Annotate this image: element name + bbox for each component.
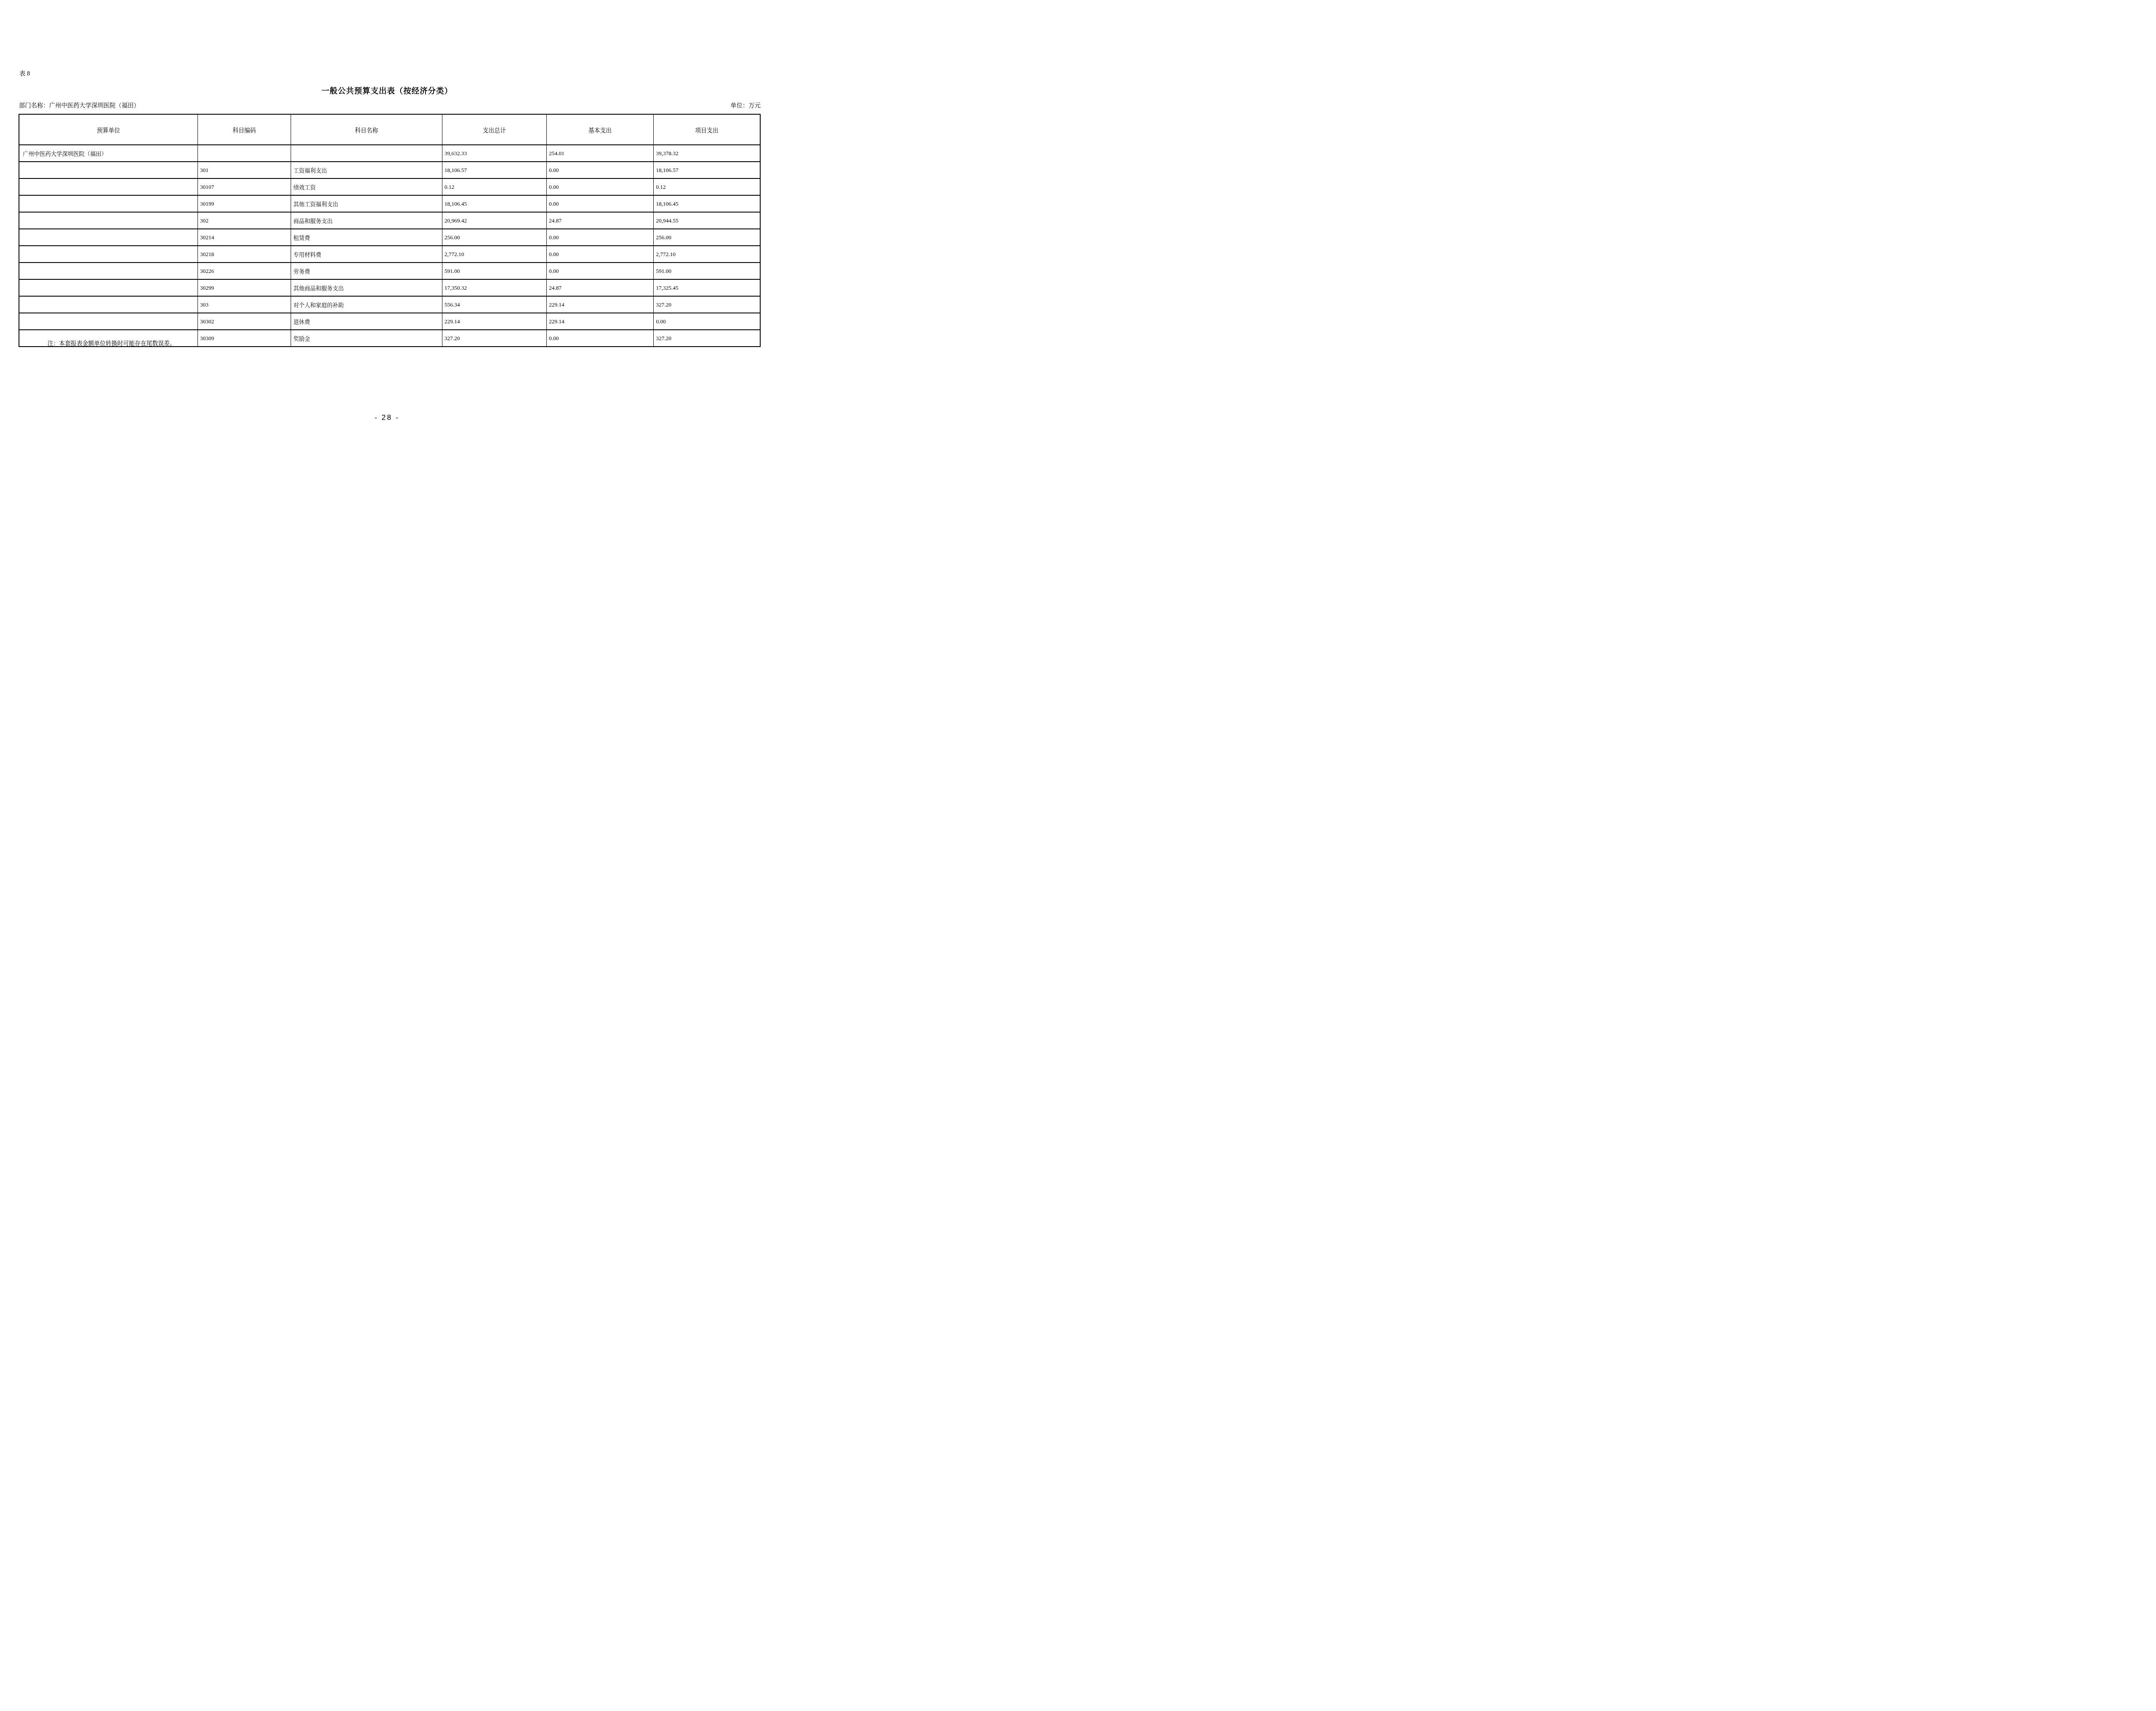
header-row: 预算单位 科目编码 科目名称 支出总计 基本支出 项目支出: [19, 114, 760, 145]
table-row: 30199其他工资福利支出18,106.450.0018,106.45: [19, 195, 760, 212]
table-cell: 229.14: [546, 296, 653, 313]
table-cell: 18,106.45: [654, 195, 760, 212]
table-cell: 绩效工资: [291, 178, 442, 195]
table-cell: 30214: [197, 229, 291, 246]
header-cell-total-expenditure: 支出总计: [442, 114, 546, 145]
table-cell: 301: [197, 162, 291, 178]
table-cell: 303: [197, 296, 291, 313]
table-cell: 0.00: [546, 178, 653, 195]
table-cell: [291, 145, 442, 162]
table-cell: 302: [197, 212, 291, 229]
table-cell: 对个人和家庭的补助: [291, 296, 442, 313]
department-name: 部门名称：广州中医药大学深圳医院（福田）: [19, 101, 140, 109]
table-row: 301工资福利支出18,106.570.0018,106.57: [19, 162, 760, 178]
table-cell: 20,944.55: [654, 212, 760, 229]
table-cell: 工资福利支出: [291, 162, 442, 178]
table-cell: 18,106.57: [442, 162, 546, 178]
table-cell: [19, 246, 197, 263]
table-cell: 广州中医药大学深圳医院（福田）: [19, 145, 197, 162]
table-cell: 奖励金: [291, 330, 442, 347]
table-cell: [197, 145, 291, 162]
table-cell: 591.00: [654, 263, 760, 279]
table-cell: [19, 178, 197, 195]
header-cell-basic-expenditure: 基本支出: [546, 114, 653, 145]
table-cell: 专用材料费: [291, 246, 442, 263]
table-cell: 556.34: [442, 296, 546, 313]
table-cell: 0.00: [546, 195, 653, 212]
table-cell: 2,772.10: [442, 246, 546, 263]
header-cell-subject-name: 科目名称: [291, 114, 442, 145]
document-page: 表 8 一般公共预算支出表（按经济分类） 部门名称：广州中医药大学深圳医院（福田…: [0, 0, 774, 428]
table-cell: [19, 162, 197, 178]
table-cell: 17,350.32: [442, 279, 546, 296]
table-row: 30107绩效工资0.120.000.12: [19, 178, 760, 195]
table-cell: 退休费: [291, 313, 442, 330]
table-cell: [19, 212, 197, 229]
page-number: - 28 -: [0, 413, 774, 422]
table-cell: 17,325.45: [654, 279, 760, 296]
table-cell: 商品和服务支出: [291, 212, 442, 229]
table-cell: [19, 263, 197, 279]
table-number-label: 表 8: [19, 69, 30, 78]
table-cell: 327.20: [654, 296, 760, 313]
table-cell: [19, 313, 197, 330]
table-cell: 327.20: [654, 330, 760, 347]
header-cell-budget-unit: 预算单位: [19, 114, 197, 145]
table-cell: 0.12: [442, 178, 546, 195]
table-row: 30214租赁费256.000.00256.00: [19, 229, 760, 246]
table-cell: 39,632.33: [442, 145, 546, 162]
table-row: 广州中医药大学深圳医院（福田）39,632.33254.0139,378.32: [19, 145, 760, 162]
table-cell: 256.00: [654, 229, 760, 246]
table-cell: 256.00: [442, 229, 546, 246]
table-cell: 2,772.10: [654, 246, 760, 263]
table-cell: 229.14: [546, 313, 653, 330]
header-cell-subject-code: 科目编码: [197, 114, 291, 145]
table-cell: 30309: [197, 330, 291, 347]
table-cell: 租赁费: [291, 229, 442, 246]
budget-table: 预算单位 科目编码 科目名称 支出总计 基本支出 项目支出 广州中医药大学深圳医…: [19, 114, 761, 347]
table-row: 302商品和服务支出20,969.4224.8720,944.55: [19, 212, 760, 229]
table-cell: 18,106.45: [442, 195, 546, 212]
table-row: 30299其他商品和服务支出17,350.3224.8717,325.45: [19, 279, 760, 296]
table-cell: 39,378.32: [654, 145, 760, 162]
table-cell: 30107: [197, 178, 291, 195]
table-cell: 327.20: [442, 330, 546, 347]
table-cell: [19, 229, 197, 246]
unit-label: 单位：万元: [730, 101, 761, 109]
table-cell: 24.87: [546, 279, 653, 296]
table-cell: 20,969.42: [442, 212, 546, 229]
table-cell: 0.00: [546, 246, 653, 263]
table-cell: [19, 296, 197, 313]
table-cell: 18,106.57: [654, 162, 760, 178]
table-cell: 其他工资福利支出: [291, 195, 442, 212]
table-cell: 30199: [197, 195, 291, 212]
meta-row: 部门名称：广州中医药大学深圳医院（福田） 单位：万元: [19, 101, 761, 109]
table-cell: 0.00: [546, 330, 653, 347]
table-cell: 0.00: [654, 313, 760, 330]
header-cell-project-expenditure: 项目支出: [654, 114, 760, 145]
table-row: 30218专用材料费2,772.100.002,772.10: [19, 246, 760, 263]
table-body: 广州中医药大学深圳医院（福田）39,632.33254.0139,378.323…: [19, 145, 760, 347]
table-cell: 0.00: [546, 229, 653, 246]
table-cell: 劳务费: [291, 263, 442, 279]
table-row: 30302退休费229.14229.140.00: [19, 313, 760, 330]
page-title: 一般公共预算支出表（按经济分类）: [0, 85, 774, 96]
table-cell: 0.12: [654, 178, 760, 195]
table-cell: 254.01: [546, 145, 653, 162]
table-cell: 0.00: [546, 263, 653, 279]
table-row: 30226劳务费591.000.00591.00: [19, 263, 760, 279]
table-cell: 30226: [197, 263, 291, 279]
footnote: 注：本套报表金额单位转换时可能存在尾数误差。: [47, 338, 175, 347]
table-row: 303对个人和家庭的补助556.34229.14327.20: [19, 296, 760, 313]
table-cell: [19, 279, 197, 296]
table-cell: [19, 195, 197, 212]
table-cell: 24.87: [546, 212, 653, 229]
table-cell: 30218: [197, 246, 291, 263]
table-cell: 30299: [197, 279, 291, 296]
table-cell: 591.00: [442, 263, 546, 279]
table-cell: 229.14: [442, 313, 546, 330]
table-cell: 0.00: [546, 162, 653, 178]
table-cell: 30302: [197, 313, 291, 330]
table-cell: 其他商品和服务支出: [291, 279, 442, 296]
